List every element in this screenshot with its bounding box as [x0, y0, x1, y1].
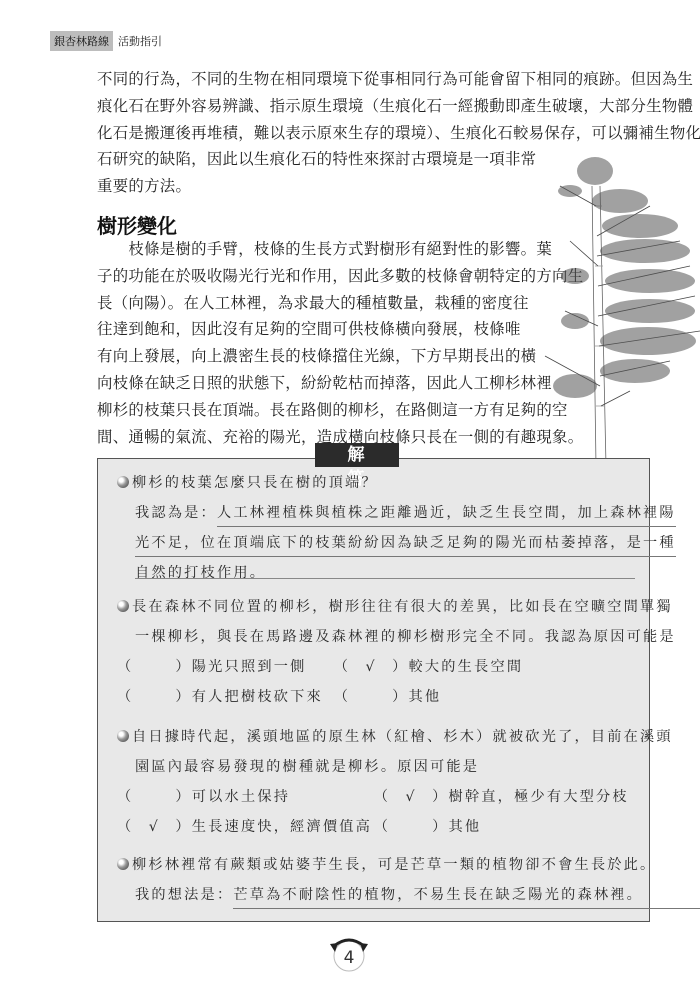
answer-line: 光不足，位在頂端底下的枝葉紛紛因為缺乏足夠的陽光而枯萎掉落，是一種 — [135, 530, 676, 557]
header-subtitle: 活動指引 — [118, 33, 162, 49]
bullet-icon — [117, 476, 129, 488]
option-checkbox[interactable]: （）其他 — [334, 682, 442, 712]
option-checkbox[interactable]: （）有人把樹枝砍下來 — [117, 682, 327, 712]
text-line: 化石是搬運後再堆積，難以表示原來生存的環境）、生痕化石較易保存，可以彌補生物化 — [97, 120, 700, 147]
question-text: 柳杉的枝葉怎麼只長在樹的頂端？ — [132, 475, 378, 491]
section-paragraph: 枝條是樹的手臂，枝條的生長方式對樹形有絕對性的影響。葉 子的功能在於吸收陽光行光… — [97, 236, 583, 450]
question-text: 一棵柳杉，與長在馬路邊及森林裡的柳杉樹形完全不同。我認為原因可能是 — [135, 629, 676, 645]
text-line: 子的功能在於吸收陽光行光和作用，因此多數的枝條會朝特定的方向生 — [97, 263, 583, 290]
question-text: 長在森林不同位置的柳杉，樹形往往有很大的差異，比如長在空曠空間單獨 — [132, 599, 673, 615]
option-checkbox[interactable]: （√）生長速度快，經濟價值高 — [117, 812, 367, 842]
question-text: 園區內最容易發現的樹種就是柳杉。原因可能是 — [135, 759, 479, 775]
option-checkbox[interactable]: （）陽光只照到一側 — [117, 652, 327, 682]
text-line: 往達到飽和，因此沒有足夠的空間可供枝條橫向發展，枝條唯 — [97, 316, 583, 343]
option-checkbox[interactable]: （√）樹幹直，極少有大型分枝 — [374, 782, 629, 812]
question-1: 柳杉的枝葉怎麼只長在樹的頂端？ 我認為是：人工林裡植株與植株之距離過近，缺乏生長… — [117, 468, 676, 588]
text-line: 柳杉的枝葉只長在頂端。長在路側的柳杉，在路側這一方有足夠的空 — [97, 397, 583, 424]
text-line: 向枝條在缺乏日照的狀態下，紛紛乾枯而掉落，因此人工柳杉林裡 — [97, 370, 583, 397]
answer-prefix: 我的想法是： — [135, 887, 233, 903]
text-line: 痕化石在野外容易辨識、指示原生環境（生痕化石一經搬動即產生破壞，大部分生物體 — [97, 93, 700, 120]
option-checkbox[interactable]: （）可以水土保持 — [117, 782, 367, 812]
answer-label: 解 答 — [315, 443, 399, 467]
question-3: 自日據時代起，溪頭地區的原生林（紅檜、杉木）就被砍光了，目前在溪頭 園區內最容易… — [117, 722, 673, 842]
answer-rule — [135, 578, 635, 579]
option-checkbox[interactable]: （√）較大的生長空間 — [334, 652, 524, 682]
text-line: 長（向陽）。在人工林裡，為求最大的種植數量，栽種的密度往 — [97, 290, 583, 317]
question-4: 柳杉林裡常有蕨類或姑婆芋生長，可是芒草一類的植物卻不會生長於此。 我的想法是：芒… — [117, 850, 700, 910]
section-title: 樹形變化 — [97, 210, 177, 239]
page-number-badge: 4 — [326, 932, 372, 974]
cedar-tree-illustration — [540, 146, 700, 466]
bullet-icon — [117, 730, 129, 742]
question-2: 長在森林不同位置的柳杉，樹形往往有很大的差異，比如長在空曠空間單獨 一棵柳杉，與… — [117, 592, 676, 712]
page-number: 4 — [344, 948, 355, 968]
answer-line: 人工林裡植株與植株之距離過近，缺乏生長空間，加上森林裡陽 — [217, 500, 676, 527]
answer-prefix: 我認為是： — [135, 505, 217, 521]
text-line: 不同的行為，不同的生物在相同環境下從事相同行為可能會留下相同的痕跡。但因為生 — [97, 66, 700, 93]
route-tag: 銀杏林路線 — [50, 31, 113, 51]
bullet-icon — [117, 600, 129, 612]
question-text: 自日據時代起，溪頭地區的原生林（紅檜、杉木）就被砍光了，目前在溪頭 — [132, 729, 673, 745]
text-line: 有向上發展，向上濃密生長的枝條擋住光線，下方早期長出的橫 — [97, 343, 583, 370]
running-header: 銀杏林路線 活動指引 — [50, 32, 162, 50]
question-text: 柳杉林裡常有蕨類或姑婆芋生長，可是芒草一類的植物卻不會生長於此。 — [132, 857, 656, 873]
option-checkbox[interactable]: （）其他 — [374, 812, 482, 842]
answer-line: 芒草為不耐陰性的植物，不易生長在缺乏陽光的森林裡。 — [233, 882, 700, 909]
text-line: 枝條是樹的手臂，枝條的生長方式對樹形有絕對性的影響。葉 — [97, 236, 583, 263]
bullet-icon — [117, 858, 129, 870]
